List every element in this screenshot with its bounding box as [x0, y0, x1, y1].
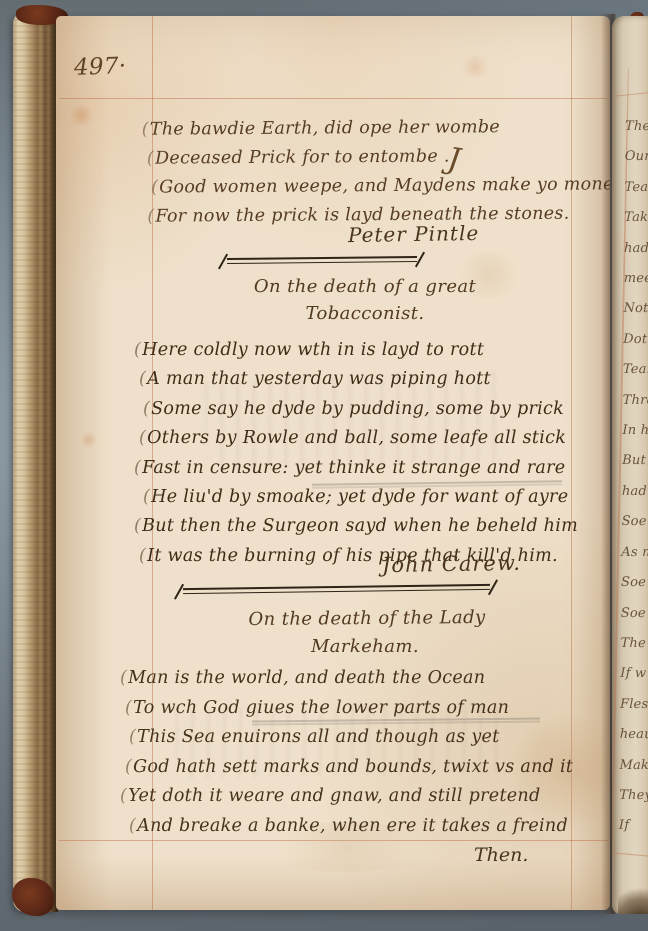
poem-line: God hath sett marks and bounds, twixt vs…: [125, 753, 573, 783]
text-fragment: Soe tu: [621, 568, 648, 599]
text-fragment: Our grat: [625, 142, 648, 173]
manuscript-page: 497· The bawdie Earth, did ope her wombe…: [56, 16, 610, 910]
text-fragment: Teares: [623, 355, 648, 386]
poem-line: He liu'd by smoake; yet dyde for want of…: [143, 483, 578, 512]
text-fragment: Doth w: [623, 325, 648, 356]
text-fragment: heau: [620, 720, 648, 751]
text-fragment: Through: [623, 386, 648, 417]
poem-line: Here coldly now wth in is layd to rott: [134, 336, 578, 365]
text-fragment: had eu: [624, 234, 648, 265]
ruled-line-top: [59, 98, 607, 99]
poem-line: But then the Surgeon sayd when he beheld…: [134, 512, 578, 541]
text-fragment: Teares n: [624, 173, 648, 204]
page-corner-curl: [618, 882, 648, 914]
page-number: 497·: [74, 53, 127, 81]
text-fragment: But as: [622, 446, 648, 477]
text-fragment: Nothing: [623, 294, 648, 325]
foxing-spot: [458, 56, 492, 78]
poem-line: Others by Rowle and ball, some leafe all…: [139, 424, 578, 453]
photo-of-open-manuscript-book: 497· The bawdie Earth, did ope her wombe…: [0, 0, 648, 931]
poem-line: Fast in censure: yet thinke it strange a…: [134, 454, 578, 483]
catchword: Then.: [474, 844, 528, 866]
poem-title: Tobacconist.: [185, 303, 545, 324]
next-page-ruled-line: [614, 92, 648, 97]
text-fragment: Soe ar: [621, 598, 648, 629]
poem-tobacconist-lines: Here coldly now wth in is layd to rottA …: [134, 336, 578, 571]
next-page-edge: Then ourOur gratTeares nTake anhad eumee…: [612, 16, 648, 914]
poem-title: Markeham.: [185, 636, 545, 657]
poem-title: On the death of a great: [185, 276, 545, 297]
text-fragment: Soe is: [621, 507, 648, 538]
section-divider: [183, 584, 490, 594]
poem-line: This Sea enuirons all and though as yet: [129, 723, 573, 753]
poem-line: Deceased Prick for to entombe .: [147, 141, 610, 173]
text-fragment: Mak: [619, 750, 648, 781]
poem-epitaph-lines: The bawdie Earth, did ope her wombeDecea…: [142, 112, 610, 231]
text-fragment: As mer: [621, 538, 648, 569]
next-page-ruled-line: [612, 852, 648, 856]
section-divider: [227, 256, 417, 264]
foxing-spot: [80, 432, 98, 448]
text-fragment: Then our: [625, 112, 648, 143]
poem-title: On the death of the Lady: [187, 606, 547, 630]
poem-line: Good women weepe, and Maydens make yo mo…: [151, 170, 610, 202]
text-fragment: Flesh: [620, 690, 648, 721]
poem-line: Some say he dyde by pudding, some by pri…: [143, 395, 578, 424]
poem-line: And breake a banke, when ere it takes a …: [129, 812, 573, 842]
signature-peter-pintle: Peter Pintle: [348, 221, 480, 247]
text-fragment: Take an: [624, 203, 648, 234]
signature-john-carew: John Carew.: [382, 551, 521, 577]
text-fragment: In her: [622, 416, 648, 447]
text-fragment: had le: [622, 477, 648, 508]
text-fragment: If w: [620, 659, 648, 690]
text-fragment: The D: [620, 629, 648, 660]
text-fragment: They: [619, 781, 648, 812]
book-page-edges: [13, 13, 58, 912]
poem-line: A man that yesterday was piping hott: [139, 365, 578, 394]
poem-line: Man is the world, and death the Ocean: [120, 664, 573, 694]
text-fragment: If: [619, 811, 648, 842]
poem-line: The bawdie Earth, did ope her wombe: [142, 112, 610, 144]
poem-line: Yet doth it weare and gnaw, and still pr…: [120, 782, 573, 812]
foxing-spot: [68, 104, 94, 126]
text-fragment: mee aft: [624, 264, 648, 295]
poem-lady-markeham-lines: Man is the world, and death the OceanTo …: [120, 664, 573, 841]
next-page-text-fragments: Then ourOur gratTeares nTake anhad eumee…: [619, 112, 648, 842]
